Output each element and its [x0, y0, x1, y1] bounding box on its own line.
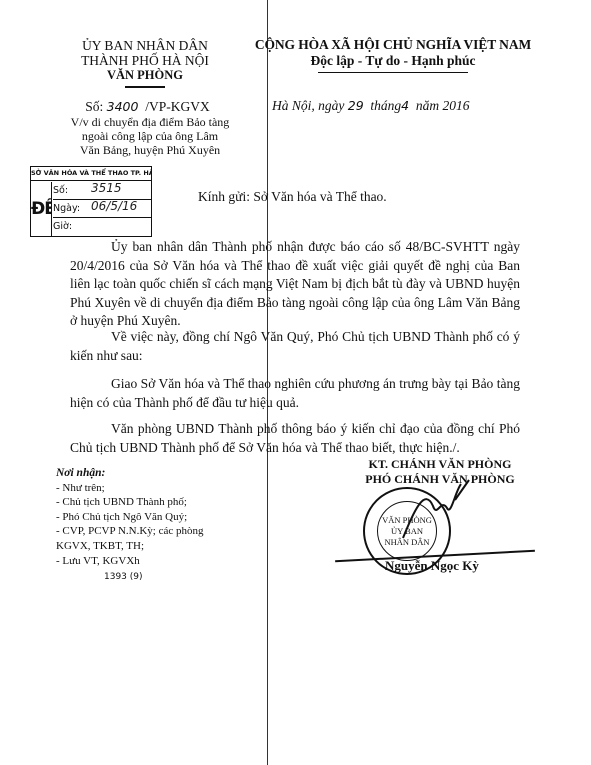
- signer-name: Nguyễn Ngọc Kỳ: [385, 558, 479, 574]
- issuer-underline: [125, 86, 165, 88]
- date-line: Hà Nội, ngày 29 tháng4 năm 2016: [272, 98, 470, 114]
- date-prefix: Hà Nội, ngày: [272, 98, 344, 113]
- date-month-label: tháng: [370, 98, 401, 113]
- motto-underline: [318, 72, 468, 73]
- stamp-date-value: 06/5/16: [91, 198, 137, 215]
- recipient-item: - CVP, PCVP N.N.Kỳ; các phòng KGVX, TKBT…: [56, 524, 226, 553]
- recipient-item: - Như trên;: [56, 481, 276, 496]
- recipient-item: - Phó Chủ tịch Ngô Văn Quý;: [56, 510, 276, 525]
- stamp-title: SỞ VĂN HÓA VÀ THỂ THAO TP. HÀ NỘI: [31, 167, 151, 181]
- subject-line: Văn Bảng, huyện Phú Xuyên: [55, 143, 245, 157]
- date-year: năm 2016: [416, 98, 470, 113]
- body-paragraph: Ủy ban nhân dân Thành phố nhận được báo …: [70, 238, 520, 331]
- stamp-number-label: Số:: [53, 185, 68, 196]
- salutation: Kính gửi: Sở Văn hóa và Thể thao.: [198, 189, 387, 205]
- stamp-time-row: Giờ:: [53, 218, 151, 235]
- stamp-date-row: Ngày: 06/5/16: [53, 200, 151, 218]
- stamp-date-label: Ngày:: [53, 203, 80, 214]
- received-stamp: SỞ VĂN HÓA VÀ THỂ THAO TP. HÀ NỘI ĐẾN Số…: [30, 166, 152, 237]
- recipients-block: Nơi nhận: - Như trên; - Chủ tịch UBND Th…: [56, 466, 276, 585]
- stamp-number-value: 3515: [91, 180, 122, 197]
- recipients-title: Nơi nhận:: [56, 466, 276, 481]
- document-subject: V/v di chuyển địa điểm Bảo tàng ngoài cô…: [55, 115, 245, 157]
- stamp-time-label: Giờ:: [53, 221, 72, 232]
- body-paragraph: Giao Sở Văn hóa và Thể thao nghiên cứu p…: [70, 375, 520, 412]
- handwritten-signature-icon: [395, 478, 475, 548]
- subject-line: ngoài công lập của ông Lâm: [55, 129, 245, 143]
- recipient-item: - Chủ tịch UBND Thành phố;: [56, 495, 276, 510]
- document-number: Số: 3400 /VP-KGVX: [60, 99, 235, 115]
- date-month: 4: [401, 98, 409, 113]
- issuer-office: VĂN PHÒNG: [60, 68, 230, 83]
- recipient-item: - Lưu VT, KGVXh: [56, 554, 276, 569]
- number-value: 3400: [107, 99, 139, 114]
- signature-line-1: KT. CHÁNH VĂN PHÒNG: [360, 457, 520, 472]
- recipients-reference: 1393 (9): [104, 570, 276, 585]
- number-label: Số:: [85, 99, 103, 114]
- date-day: 29: [348, 98, 364, 113]
- body-paragraph: Về việc này, đồng chí Ngô Văn Quý, Phó C…: [70, 328, 520, 365]
- subject-line: V/v di chuyển địa điểm Bảo tàng: [55, 115, 245, 129]
- issuer-line-1: ỦY BAN NHÂN DÂN: [60, 38, 230, 53]
- stamp-den-label: ĐẾN: [31, 182, 52, 236]
- national-motto: Độc lập - Tự do - Hạnh phúc: [243, 53, 543, 69]
- issuer-line-2: THÀNH PHỐ HÀ NỘI: [60, 53, 230, 68]
- issuer-header: ỦY BAN NHÂN DÂN THÀNH PHỐ HÀ NỘI VĂN PHÒ…: [60, 38, 230, 88]
- national-header: CỘNG HÒA XÃ HỘI CHỦ NGHĨA VIỆT NAM Độc l…: [243, 37, 543, 73]
- body-paragraph: Văn phòng UBND Thành phố thông báo ý kiế…: [70, 420, 520, 457]
- number-suffix: /VP-KGVX: [145, 99, 210, 114]
- nation-title: CỘNG HÒA XÃ HỘI CHỦ NGHĨA VIỆT NAM: [243, 37, 543, 53]
